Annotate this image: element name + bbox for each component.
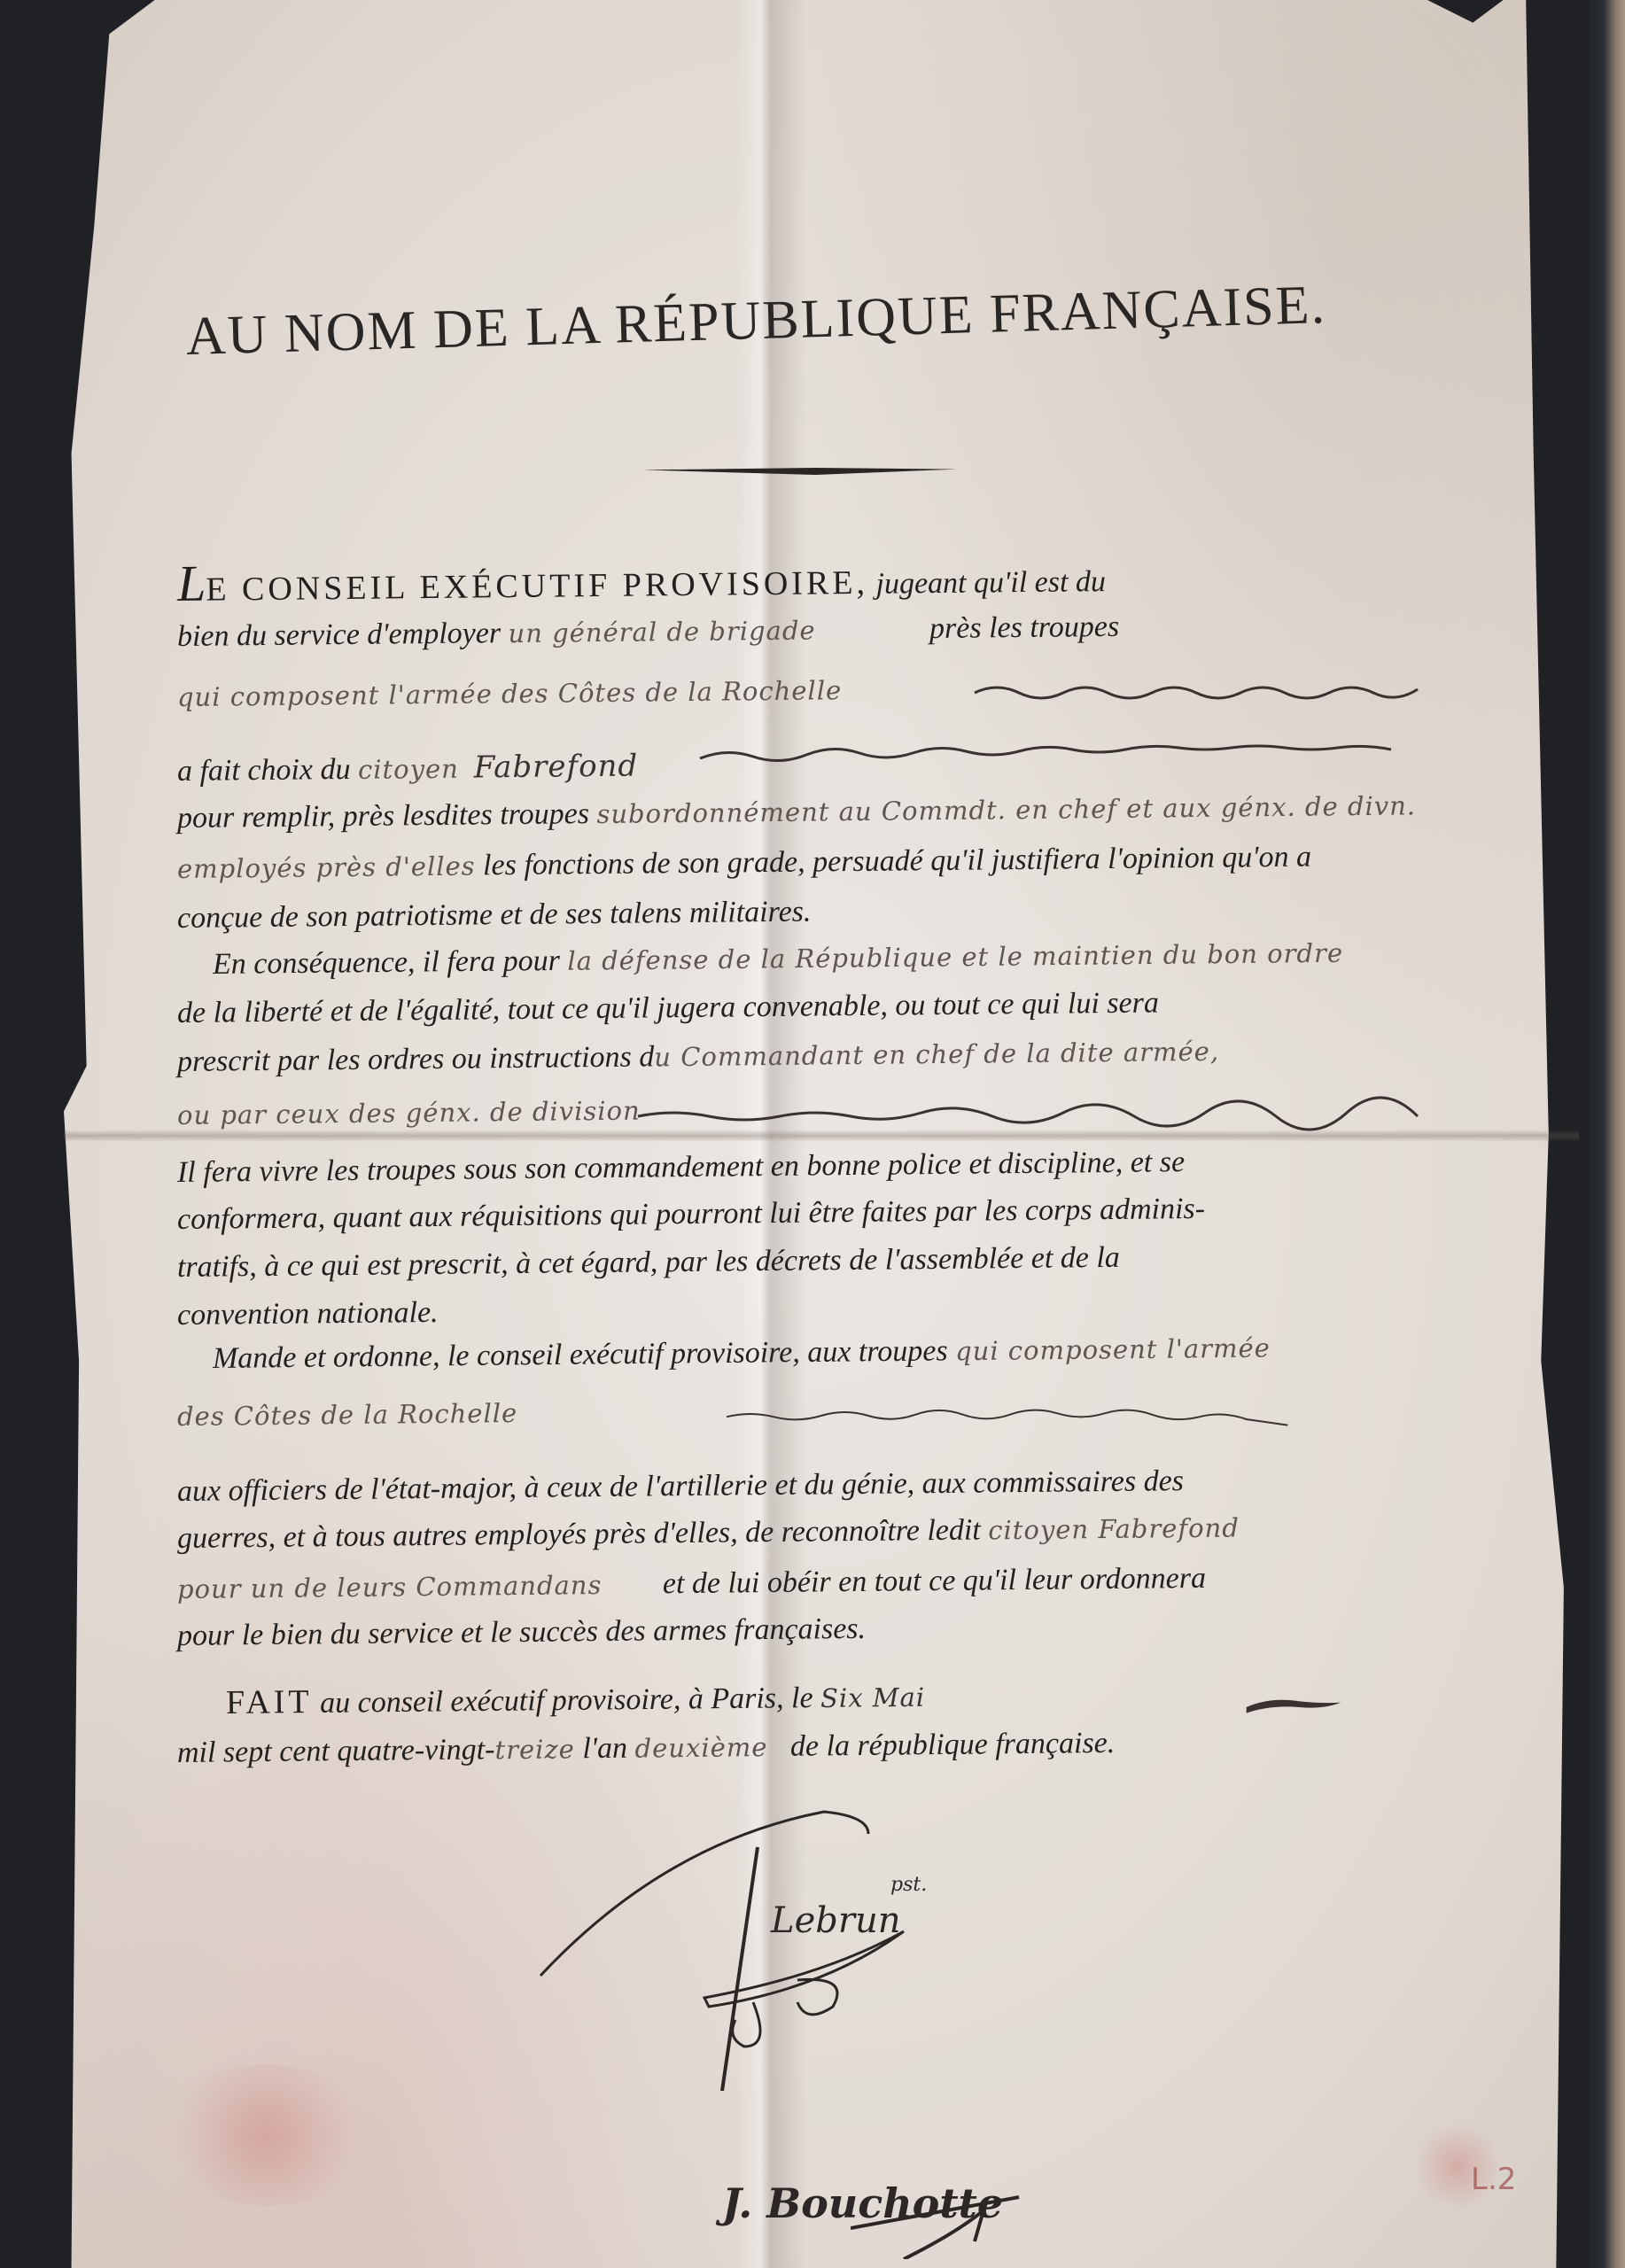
handwritten-text: employés près d'elles — [177, 850, 476, 884]
handwritten-year: treize — [494, 1734, 575, 1765]
council-heading: E CONSEIL EXÉCUTIF PROVISOIRE, — [206, 564, 868, 609]
handwritten-army: qui composent l'armée des Côtes de la Ro… — [177, 675, 843, 712]
handwritten-citoyen: citoyen — [358, 754, 459, 785]
handwritten-date: Six Mai — [820, 1682, 925, 1713]
horizontal-fold-crease — [64, 1130, 1579, 1142]
handwritten-text: la défense de la République et le mainti… — [567, 938, 1343, 976]
handwritten-name: citoyen Fabrefond — [988, 1512, 1240, 1545]
printed-text: près les troupes — [921, 610, 1119, 645]
corner-mark: L.2 — [1471, 2162, 1516, 2197]
p2-line4: ou par ceux des génx. de division — [177, 1094, 641, 1132]
dropcap: L — [177, 555, 206, 612]
p1-line1: LE CONSEIL EXÉCUTIF PROVISOIRE, jugeant … — [177, 544, 1107, 613]
signature-lebrun: Lebrun — [771, 1900, 900, 1941]
p3-line4: convention nationale. — [177, 1296, 439, 1332]
printed-text: pour le bien du service et le succès des… — [177, 1612, 866, 1652]
filler-squiggle — [638, 1106, 1418, 1123]
printed-text: de la république française. — [782, 1727, 1115, 1763]
handwritten-name: Fabrefond — [474, 749, 639, 786]
p4-line2: des Côtes de la Rochelle — [177, 1396, 518, 1433]
printed-text: prescrit par les ordres ou instructions … — [177, 1040, 655, 1078]
p1-line7: conçue de son patriotisme et de ses tale… — [177, 896, 812, 936]
handwritten-republic-year: deuxième — [634, 1732, 767, 1764]
handwritten-army: des Côtes de la Rochelle — [177, 1398, 518, 1432]
p1-line4: a fait choix du citoyen Fabrefond — [177, 749, 639, 788]
handwritten-text: qui composent l'armée — [955, 1332, 1271, 1366]
printed-text: au conseil exécutif provisoire, à Paris,… — [312, 1682, 820, 1720]
p1-line3: qui composent l'armée des Côtes de la Ro… — [177, 673, 843, 714]
date-flourish — [1223, 1697, 1365, 1714]
printed-text: pour remplir, près lesdites troupes — [177, 797, 597, 835]
bouchotte-flourish — [851, 2188, 1028, 2259]
signature-flourish — [532, 1807, 975, 2091]
filler-squiggle — [975, 682, 1418, 700]
printed-text: jugeant qu'il est du — [868, 565, 1106, 601]
frame-edge — [1590, 0, 1625, 2268]
printed-text: a fait choix du — [177, 753, 358, 788]
p5-line1: FAIT au conseil exécutif provisoire, à P… — [226, 1676, 925, 1722]
p4-line6: pour le bien du service et le succès des… — [177, 1612, 866, 1653]
printed-text: En conséquence, il fera pour — [213, 944, 568, 981]
filler-squiggle — [700, 744, 1427, 762]
printed-text: conçue de son patriotisme et de ses tale… — [177, 896, 812, 935]
signature-suffix: pst. — [890, 1874, 927, 1896]
red-stain — [159, 2064, 372, 2206]
printed-text: mil sept cent quatre-vingt- — [177, 1733, 495, 1769]
printed-text: Mande et ordonne, le conseil exécutif pr… — [213, 1334, 955, 1375]
handwritten-subordination: subordonnément au Commdt. en chef et aux… — [596, 790, 1416, 829]
handwritten-text: ou par ceux des génx. de division — [177, 1096, 641, 1130]
printed-text: bien du service d'employer — [177, 617, 509, 653]
filler-squiggle — [585, 1409, 1435, 1426]
printed-text: l'an — [575, 1732, 635, 1766]
handwritten-text: u Commandant en chef de la dite armée, — [654, 1037, 1219, 1073]
printed-text: et de lui obéir en tout ce qu'il leur or… — [655, 1562, 1206, 1601]
handwritten-text: pour un de leurs Commandans — [177, 1570, 603, 1604]
handwritten-rank: un général de brigade — [508, 615, 815, 649]
fait-heading: FAIT — [226, 1683, 313, 1721]
